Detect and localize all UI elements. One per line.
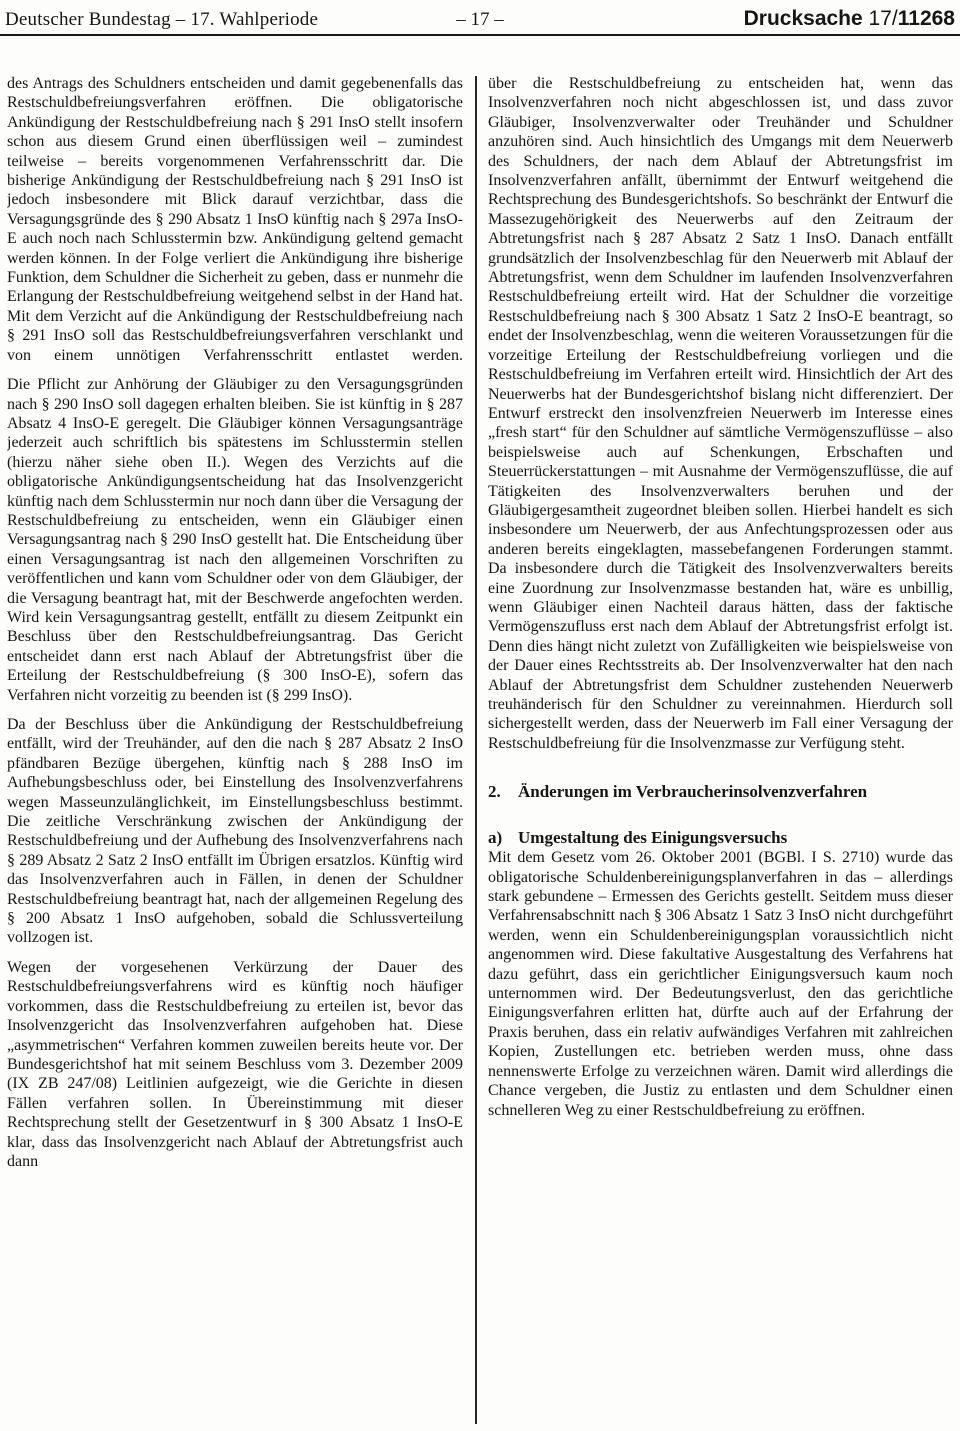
paragraph: über die Restschuldbefreiung zu entschei… [488, 74, 953, 753]
subsection-heading: a) Umgestaltung des Einigungsversuchs [488, 828, 953, 848]
paragraph: Da der Beschluss über die Ankündigung de… [7, 715, 463, 948]
subsection-heading-text: Umgestaltung des Einigungsversuchs [518, 828, 787, 848]
left-column: des Antrags des Schuldners entscheiden u… [7, 74, 463, 1431]
subsection-heading-number: a) [488, 828, 518, 848]
paragraph: Mit dem Gesetz vom 26. Oktober 2001 (BGB… [488, 848, 953, 1120]
drucksache-label: Drucksache [744, 7, 863, 30]
drucksache-session-prefix: 17/ [869, 7, 898, 30]
section-heading: 2. Änderungen im Verbraucherinsolvenzver… [488, 782, 953, 802]
drucksache-reference: Drucksache 17/11268 [504, 7, 955, 31]
paragraph: des Antrags des Schuldners entscheiden u… [7, 74, 463, 365]
drucksache-number: 11268 [898, 7, 955, 30]
column-divider-rule [475, 76, 477, 1424]
page-header: Deutscher Bundestag – 17. Wahlperiode – … [0, 0, 960, 36]
header-publication-title: Deutscher Bundestag – 17. Wahlperiode [5, 9, 456, 31]
document-page: Deutscher Bundestag – 17. Wahlperiode – … [0, 0, 960, 1431]
right-column: über die Restschuldbefreiung zu entschei… [488, 74, 953, 1431]
paragraph: Wegen der vorgesehenen Verkürzung der Da… [7, 958, 463, 1171]
section-heading-text: Änderungen im Verbraucherinsolvenzverfah… [518, 782, 867, 802]
section-heading-number: 2. [488, 782, 518, 802]
two-column-body: des Antrags des Schuldners entscheiden u… [7, 74, 953, 1431]
page-number: – 17 – [456, 9, 504, 31]
paragraph: Die Pflicht zur Anhörung der Gläubiger z… [7, 375, 463, 705]
